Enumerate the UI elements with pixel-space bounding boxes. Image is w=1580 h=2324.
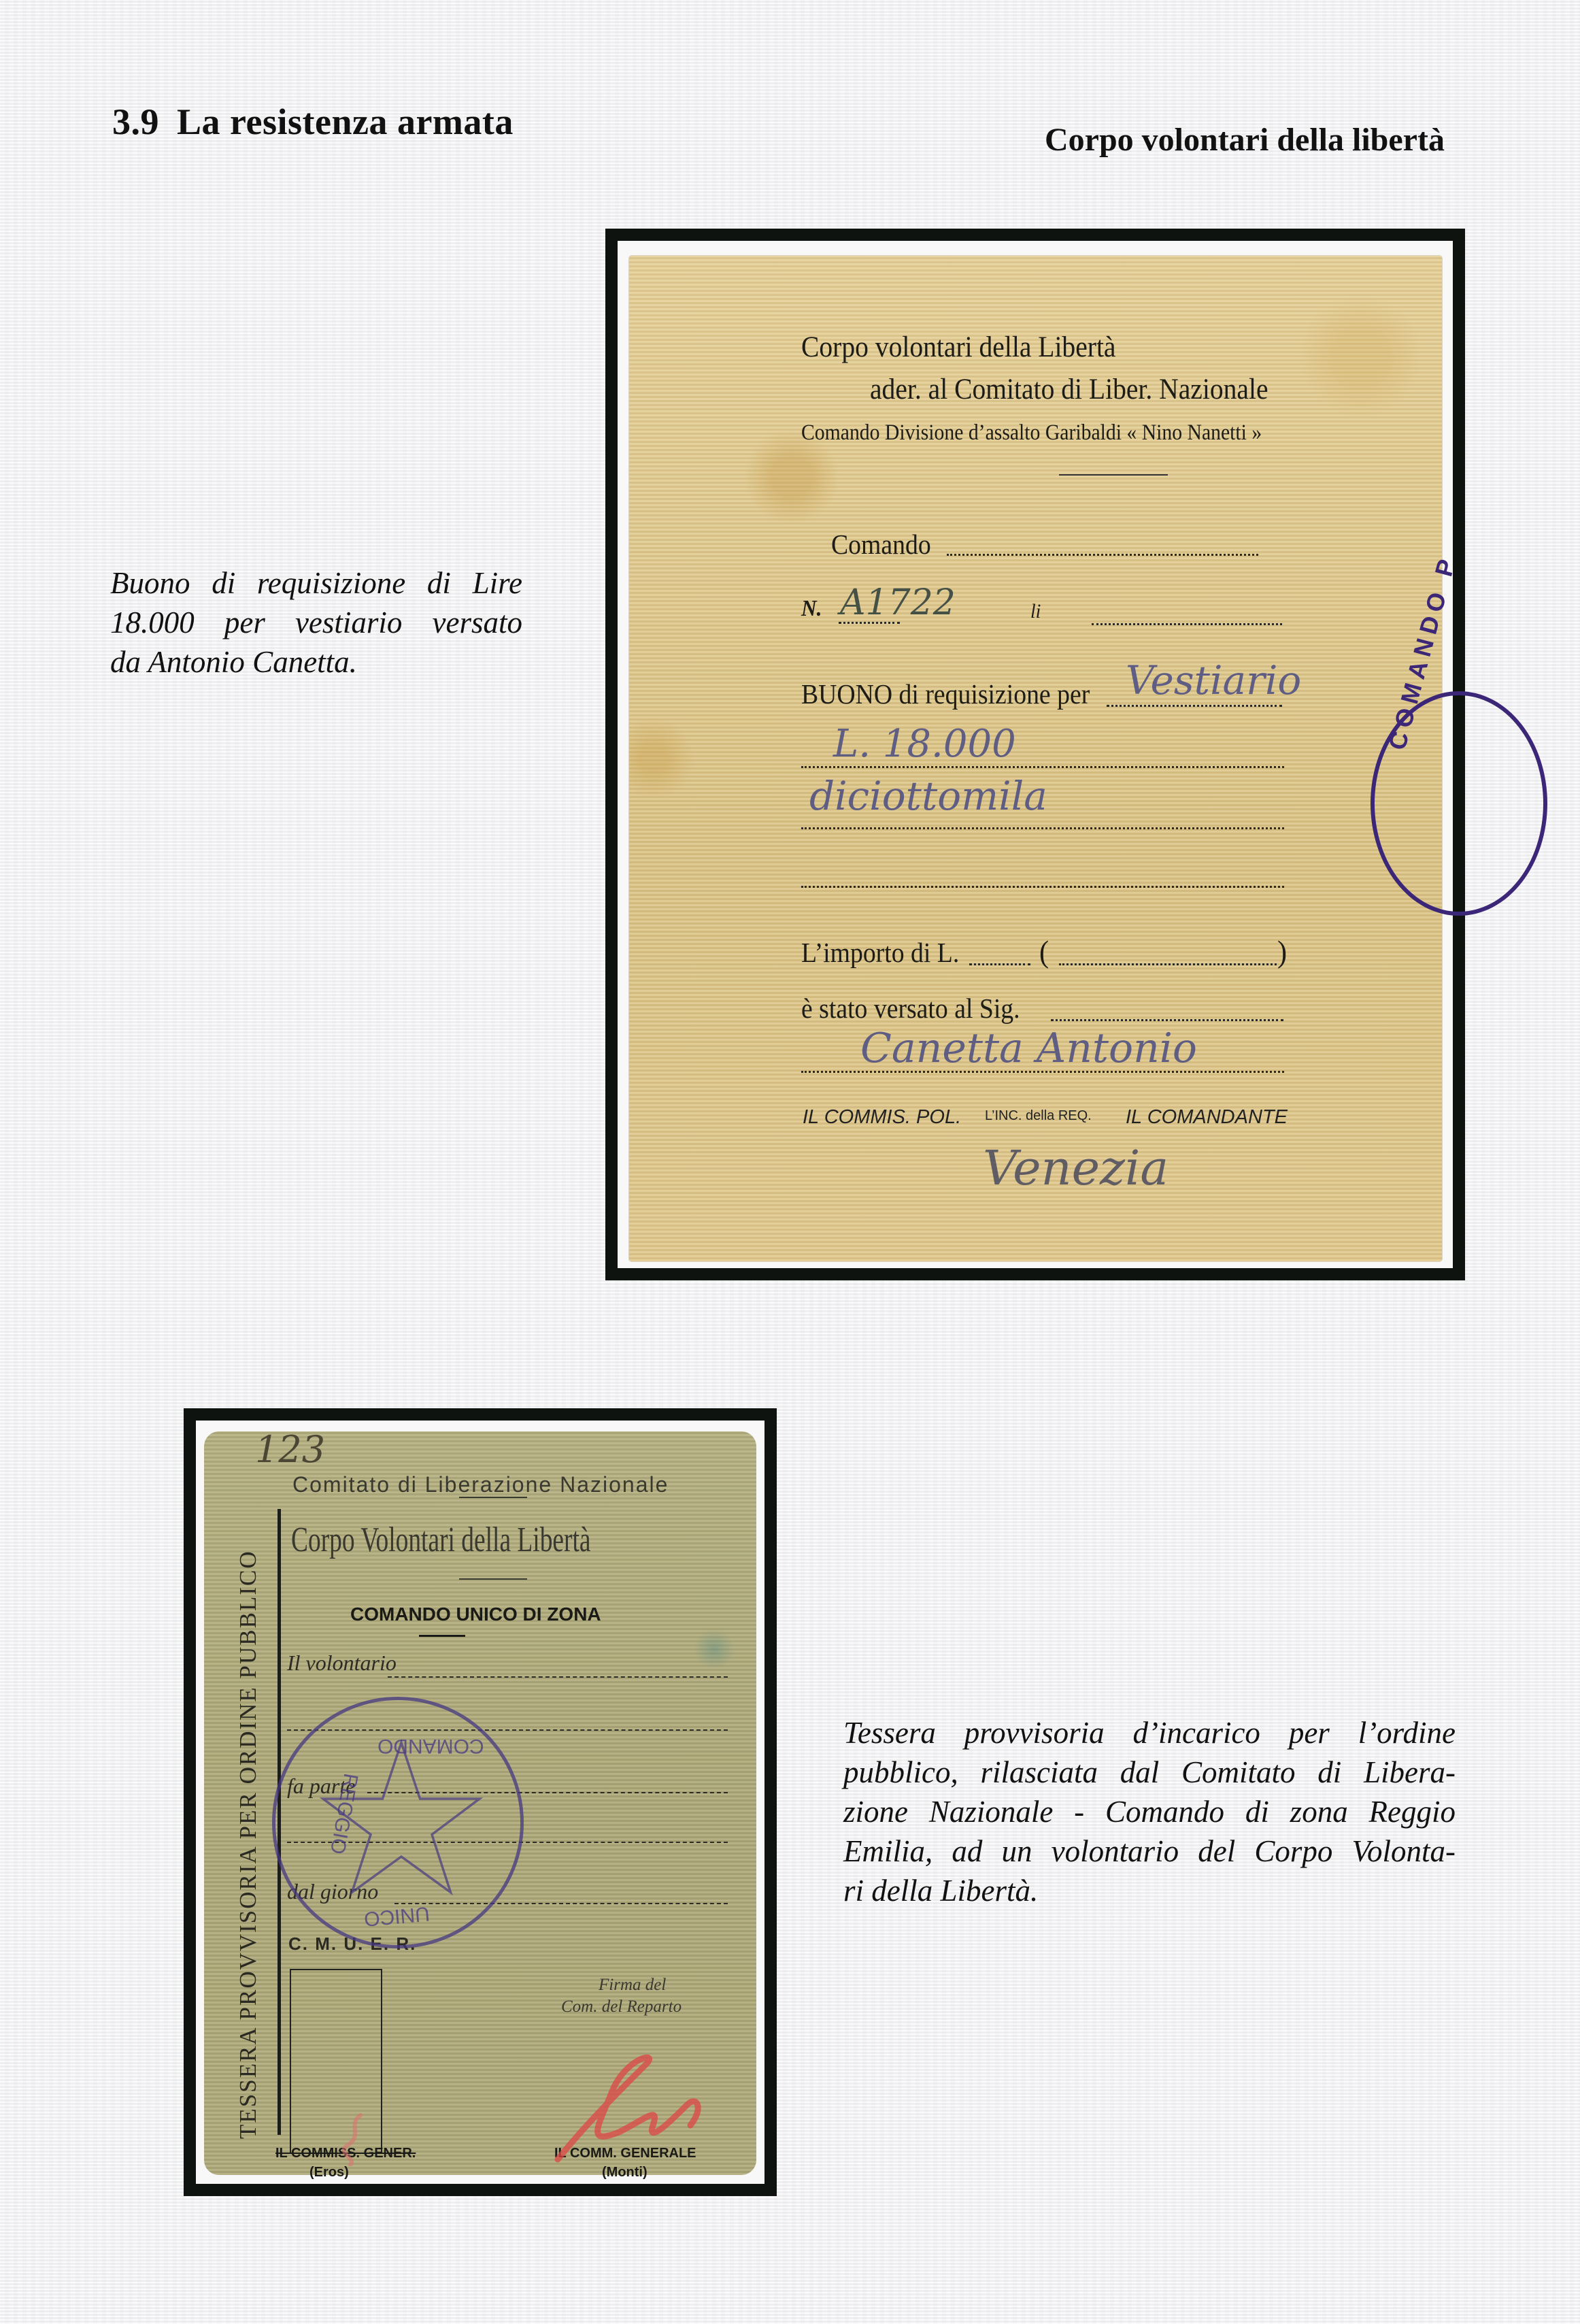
doc1-versato-line-2 xyxy=(801,1071,1284,1073)
doc1-importo-line xyxy=(969,963,1030,965)
doc2-comm-generale-name: (Monti) xyxy=(602,2165,648,2180)
caption-line: 18.000 per vestiario versato xyxy=(110,603,522,642)
caption-line: ri della Libertà. xyxy=(843,1871,1456,1910)
doc1-versato-line xyxy=(1051,1019,1283,1021)
caption-line: Buono di requisizione di Lire xyxy=(110,563,522,603)
document-tessera-provvisoria: TESSERA PROVVISORIA PER ORDINE PUBBLICO … xyxy=(204,1431,756,2175)
doc1-amount-figures: L. 18.000 xyxy=(833,722,1016,766)
caption-tessera: Tessera provvisoria d’incarico per l’ord… xyxy=(843,1713,1456,1910)
caption-line: pubblico, rilasciata dal Comitato di Lib… xyxy=(843,1753,1456,1792)
doc1-line-2 xyxy=(801,827,1284,829)
running-head: Corpo volontari della libertà xyxy=(1045,121,1445,159)
doc2-header-line1: Comitato di Liberazione Nazionale xyxy=(292,1472,669,1497)
doc2-divider-2 xyxy=(459,1578,527,1580)
doc2-green-stamp-mark xyxy=(694,1629,735,1670)
doc1-number-line xyxy=(839,622,900,624)
doc1-date-line xyxy=(1092,623,1282,625)
doc1-importo-label: L’importo di L. xyxy=(801,936,959,969)
caption-buono: Buono di requisizione di Lire 18.000 per… xyxy=(110,563,522,682)
doc2-stamp-text-top: COMANDO xyxy=(377,1734,484,1757)
doc2-commiss-gener-name: (Eros) xyxy=(309,2165,349,2180)
doc2-volontario-label: Il volontario xyxy=(287,1650,397,1676)
document-buono-requisizione: Corpo volontari della Libertà ader. al C… xyxy=(629,256,1442,1261)
caption-line: Emilia, ad un volontario del Corpo Volon… xyxy=(843,1831,1456,1871)
caption-line: da Antonio Canetta. xyxy=(110,642,522,682)
doc1-date-label: li xyxy=(1030,600,1041,623)
doc2-red-mark xyxy=(333,2112,374,2166)
doc2-divider-3 xyxy=(419,1635,465,1637)
doc1-comando-line xyxy=(947,554,1258,556)
doc2-volontario-line xyxy=(388,1676,728,1678)
doc1-importo-words-line xyxy=(1059,963,1277,965)
doc1-comando-label: Comando xyxy=(831,528,931,561)
caption-line: Tessera provvisoria d’incarico per l’ord… xyxy=(843,1713,1456,1753)
doc2-round-stamp: COMANDO REGGIO UNICO xyxy=(272,1697,524,1948)
doc2-side-text: TESSERA PROVVISORIA PER ORDINE PUBBLICO xyxy=(235,1550,262,2139)
doc1-number-label: N. xyxy=(801,596,822,622)
doc1-divider xyxy=(1059,474,1168,476)
doc1-header-line3: Comando Divisione d’assalto Garibaldi « … xyxy=(801,420,1262,446)
doc1-header-line2: ader. al Comitato di Liber. Nazionale xyxy=(870,373,1268,406)
doc2-divider-1 xyxy=(459,1497,527,1498)
doc1-signature: Venezia xyxy=(983,1140,1169,1196)
doc1-open-paren: ( xyxy=(1039,933,1049,969)
doc2-firma-line2: Com. del Reparto xyxy=(561,1997,682,2016)
doc2-header-line2: Corpo Volontari della Libertà xyxy=(291,1520,591,1560)
doc2-handwritten-number: 123 xyxy=(255,1428,325,1471)
doc1-line-1 xyxy=(801,766,1284,768)
doc1-header-line1: Corpo volontari della Libertà xyxy=(801,331,1116,364)
section-title-text: La resistenza armata xyxy=(177,101,514,142)
doc1-line-3 xyxy=(801,886,1284,888)
doc1-commis-pol-label: IL COMMIS. POL. xyxy=(803,1106,961,1129)
caption-line: zione Nazionale - Comando di zona Reggio xyxy=(843,1792,1456,1831)
doc2-red-signature xyxy=(544,2044,707,2166)
doc2-firma-line1: Firma del xyxy=(599,1976,666,1995)
doc1-amount-words: diciottomila xyxy=(809,773,1047,819)
doc1-buono-line xyxy=(1107,705,1282,707)
section-number: 3.9 xyxy=(112,101,159,142)
doc1-versato-label: è stato versato al Sig. xyxy=(801,992,1020,1025)
doc1-inc-req-label: L’INC. della REQ. xyxy=(985,1108,1092,1124)
doc1-close-paren: ) xyxy=(1277,933,1287,969)
doc2-header-line3: COMANDO UNICO DI ZONA xyxy=(350,1604,601,1625)
doc2-stamp-text-bottom: UNICO xyxy=(363,1902,431,1930)
doc1-buono-label: BUONO di requisizione per xyxy=(801,678,1090,710)
doc1-buono-value: Vestiario xyxy=(1126,657,1301,703)
doc1-versato-value: Canetta Antonio xyxy=(860,1025,1197,1072)
section-title: 3.9La resistenza armata xyxy=(112,101,514,143)
doc1-comandante-label: IL COMANDANTE xyxy=(1126,1106,1288,1129)
doc1-number-value: A1722 xyxy=(840,582,956,623)
